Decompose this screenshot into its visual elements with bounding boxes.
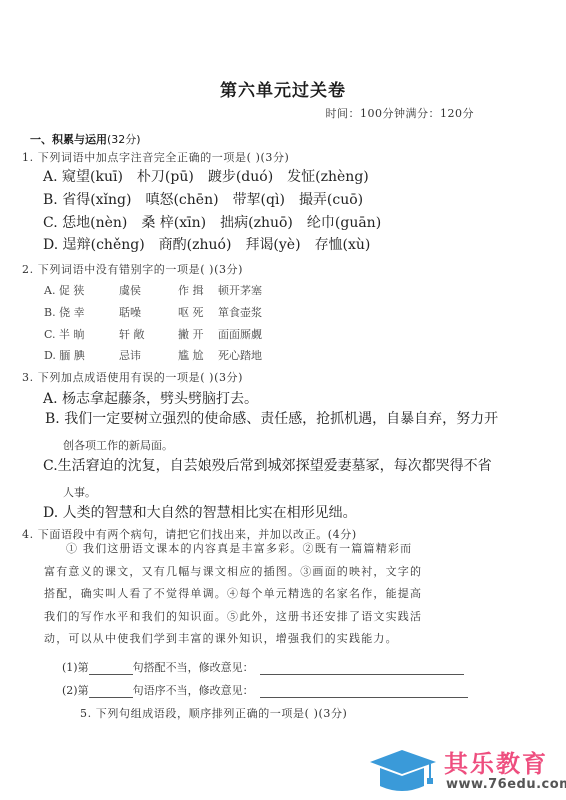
q4-paragraph-text: ① 我们这册语文课本的内容真是丰富多彩。②既有一篇篇精彩而富有意义的课文，又有几… <box>44 542 422 645</box>
q2b-w4: 箪食壶浆 <box>218 304 262 320</box>
q2a-w3: 作 揖 <box>178 282 204 298</box>
q2c-w1: C. 半 晌 <box>44 326 85 342</box>
q2a-w4: 顿开茅塞 <box>218 282 262 298</box>
q1-option-c: C. 恁地(nèn)桑 梓(xīn)拙病(zhuō)纶巾(guān) <box>43 212 395 232</box>
q1c-w1: C. 恁地(nèn) <box>43 215 127 231</box>
graduation-cap-icon <box>366 744 438 796</box>
q1d-w3: 拜谒(yè) <box>245 237 300 253</box>
q1d-w1: D. 逞辩(chěng) <box>43 237 145 253</box>
question-5-stem: 5. 下列句组成语段，顺序排列正确的一项是( )(3分) <box>80 705 347 721</box>
q2d-w2: 忌讳 <box>119 347 141 363</box>
q2a-w2: 虞侯 <box>119 282 141 298</box>
question-3-stem: 3. 下列加点成语使用有误的一项是( )(3分) <box>22 369 243 385</box>
watermark-logo: 其乐教育 www.76edu.com <box>366 744 566 800</box>
logo-name: 其乐教育 <box>444 744 548 779</box>
logo-url: www.76edu.com <box>446 777 566 792</box>
fill2-label: 句语序不当，修改意见： <box>133 684 254 697</box>
q1b-w2: 嗔怒(chēn) <box>145 192 218 208</box>
fill2-blank-revision[interactable] <box>260 685 468 698</box>
fill1-blank-revision[interactable] <box>260 662 464 675</box>
q1a-w1: A. 窥望(kuī) <box>43 169 123 185</box>
fill1-prefix: (1)第 <box>62 661 89 674</box>
page-title: 第六单元过关卷 <box>0 76 566 101</box>
q1-option-b: B. 省得(xǐng)嗔怒(chēn)带挈(qì)撮弄(cuō) <box>43 189 377 209</box>
q2b-w1: B. 侥 幸 <box>44 304 85 320</box>
q4-fill-1: (1)第句搭配不当，修改意见： <box>62 659 464 675</box>
q1b-w1: B. 省得(xǐng) <box>43 192 131 208</box>
q1a-w2: 朴刀(pū) <box>137 169 194 185</box>
q2b-w3: 呕 死 <box>178 304 204 320</box>
q2d-w1: D. 腼 腆 <box>44 347 85 363</box>
q1b-w4: 撮弄(cuō) <box>299 192 363 208</box>
q1d-w4: 存恤(xù) <box>315 237 371 253</box>
q4-fill-2: (2)第句语序不当，修改意见： <box>62 682 468 698</box>
q2c-w2: 轩 敞 <box>119 326 145 342</box>
q2a-w1: A. 促 狭 <box>44 282 84 298</box>
q1a-w3: 踱步(duó) <box>208 169 273 185</box>
q3-option-a: A. 杨志拿起藤条，劈头劈脑打去。 <box>43 388 258 408</box>
section-label: 一、积累与运用 <box>30 133 107 146</box>
exam-meta: 时间：100分钟满分：120分 <box>326 105 475 121</box>
q2c-w3: 撇 开 <box>178 326 204 342</box>
q1-option-d: D. 逞辩(chěng)商酌(zhuó)拜谒(yè)存恤(xù) <box>43 234 384 254</box>
q1c-w3: 拙病(zhuō) <box>220 215 293 231</box>
q3-option-c-line1: C.生活窘迫的沈复，自芸娘殁后常到城郊探望爱妻墓冢，每次都哭得不省 <box>43 455 492 475</box>
fill2-prefix: (2)第 <box>62 684 89 697</box>
question-1-stem: 1. 下列词语中加点字注音完全正确的一项是( )(3分) <box>22 149 289 165</box>
fill1-blank-sentence[interactable] <box>89 662 133 675</box>
q3-option-b-line1: B. 我们一定要树立强烈的使命感、责任感，抢抓机遇，自暴自弃，努力开 <box>45 408 498 428</box>
q2c-w4: 面面厮觑 <box>218 326 262 342</box>
fill1-label: 句搭配不当，修改意见： <box>133 661 254 674</box>
q2d-w4: 死心踏地 <box>218 347 262 363</box>
section-heading: 一、积累与运用(32分) <box>30 131 141 147</box>
q1c-w4: 纶巾(guān) <box>307 215 381 231</box>
q1-option-a: A. 窥望(kuī)朴刀(pū)踱步(duó)发怔(zhèng) <box>43 166 383 186</box>
fill2-blank-sentence[interactable] <box>89 685 133 698</box>
question-2-stem: 2. 下列词语中没有错别字的一项是( )(3分) <box>22 261 243 277</box>
q4-paragraph: ① 我们这册语文课本的内容真是丰富多彩。②既有一篇篇精彩而富有意义的课文，又有几… <box>44 538 424 651</box>
q1c-w2: 桑 梓(xīn) <box>141 215 206 231</box>
section-points: (32分) <box>107 133 141 146</box>
q3-option-b-line2: 创各项工作的新局面。 <box>63 437 173 453</box>
q2b-w2: 聒噪 <box>119 304 141 320</box>
q1b-w3: 带挈(qì) <box>233 192 285 208</box>
q2d-w3: 尴 尬 <box>178 347 204 363</box>
q3-option-c-line2: 人事。 <box>63 484 96 500</box>
q3-option-d: D. 人类的智慧和大自然的智慧相比实在相形见绌。 <box>43 502 357 522</box>
q1a-w4: 发怔(zhèng) <box>287 169 369 185</box>
q1d-w2: 商酌(zhuó) <box>159 237 232 253</box>
